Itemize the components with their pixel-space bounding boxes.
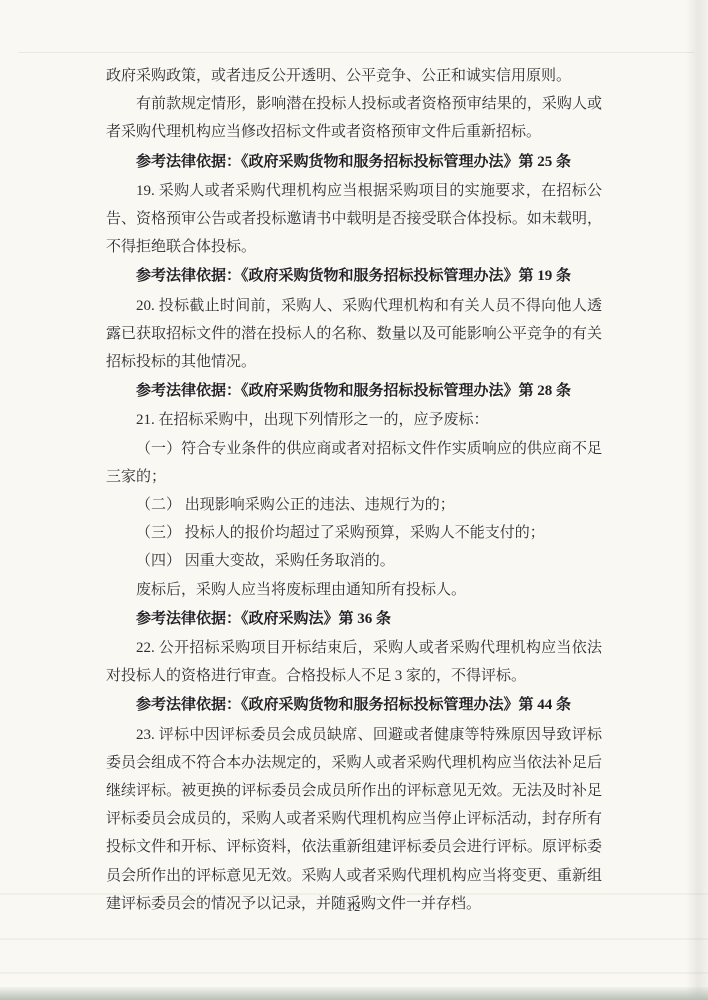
legal-basis-heading: 参考法律依据：《政府采购货物和服务招标投标管理办法》第 25 条 — [106, 148, 602, 176]
paragraph: 20. 投标截止时间前，采购人、采购代理机构和有关人员不得向他人透露已获取招标文… — [106, 292, 602, 377]
legal-basis-heading: 参考法律依据：《政府采购货物和服务招标投标管理办法》第 44 条 — [106, 691, 602, 719]
scan-streak — [0, 938, 708, 940]
legal-basis-heading: 参考法律依据：《政府采购法》第 36 条 — [106, 605, 602, 633]
page-number: 12 — [0, 900, 708, 915]
paragraph: （四） 因重大变故，采购任务取消的。 — [106, 547, 602, 575]
legal-basis-heading: 参考法律依据：《政府采购货物和服务招标投标管理办法》第 19 条 — [106, 262, 602, 290]
paragraph: 政府采购政策，或者违反公开透明、公平竞争、公正和诚实信用原则。 — [106, 62, 602, 90]
scan-artifact-line — [18, 52, 694, 53]
paragraph: 废标后，采购人应当将废标理由通知所有投标人。 — [106, 576, 602, 604]
legal-basis-heading: 参考法律依据：《政府采购货物和服务招标投标管理办法》第 28 条 — [106, 377, 602, 405]
paragraph: 有前款规定情形，影响潜在投标人投标或者资格预审结果的，采购人或者采购代理机构应当… — [106, 90, 602, 146]
paragraph: （三） 投标人的报价均超过了采购预算，采购人不能支付的； — [106, 519, 602, 547]
paragraph: 19. 采购人或者采购代理机构应当根据采购项目的实施要求，在招标公告、资格预审公… — [106, 177, 602, 262]
page-bottom-edge-shadow — [0, 987, 708, 1000]
paragraph: （二） 出现影响采购公正的违法、违规行为的； — [106, 491, 602, 519]
document-body: 政府采购政策，或者违反公开透明、公平竞争、公正和诚实信用原则。有前款规定情形，影… — [106, 62, 602, 918]
page-right-edge-shadow — [686, 0, 708, 1000]
paragraph: 23. 评标中因评标委员会成员缺席、回避或者健康等特殊原因导致评标委员会组成不符… — [106, 721, 602, 918]
scan-streak — [0, 972, 708, 974]
scanned-document-page: 政府采购政策，或者违反公开透明、公平竞争、公正和诚实信用原则。有前款规定情形，影… — [0, 0, 708, 1000]
paragraph: （一）符合专业条件的供应商或者对招标文件作实质响应的供应商不足三家的； — [106, 435, 602, 491]
paragraph: 22. 公开招标采购项目开标结束后，采购人或者采购代理机构应当依法对投标人的资格… — [106, 634, 602, 690]
paragraph: 21. 在招标采购中，出现下列情形之一的，应予废标： — [106, 406, 602, 434]
